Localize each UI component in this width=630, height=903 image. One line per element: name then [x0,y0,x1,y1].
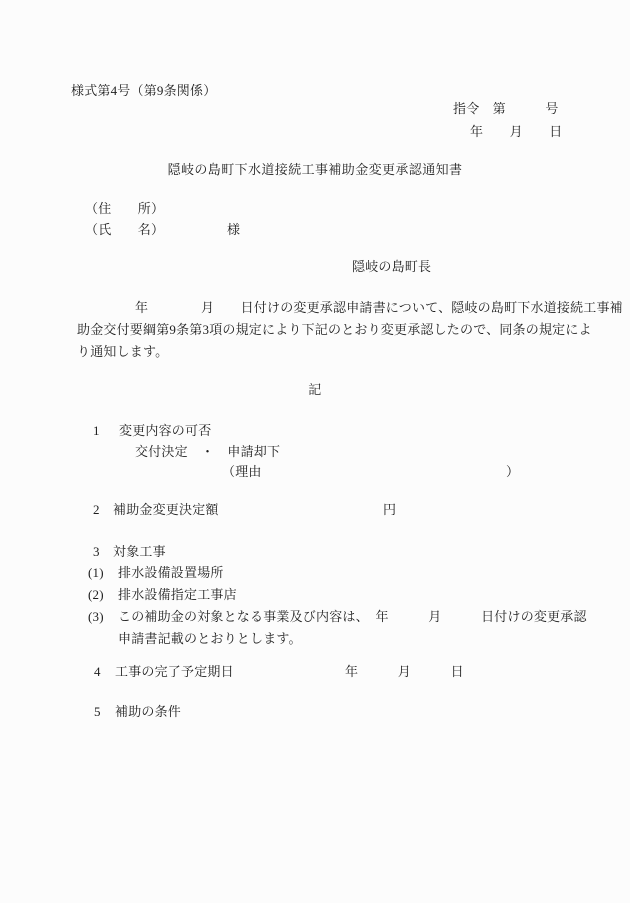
document-page: 様式第4号（第9条関係） 指令 第 号 年 月 日 隠岐の島町下水道接続工事補助… [0,0,630,903]
item-5-label: 補助の条件 [115,704,181,719]
item-3-3-number: (3) [88,609,104,624]
item-3-3-continuation: 申請書記載のとおりとします。 [118,631,302,646]
issuer-title: 隠岐の島町長 [352,259,431,274]
item-1-number: 1 [93,423,100,438]
item-3-2-label: 排水設備指定工事店 [118,587,237,602]
issue-date-line: 年 月 日 [470,124,562,139]
item-5-number: 5 [94,704,101,719]
item-1-choice: 交付決定 ・ 申請却下 [135,444,280,459]
record-marker: 記 [0,382,630,397]
item-2-label: 補助金変更決定額 [113,502,219,517]
item-2-number: 2 [93,502,100,517]
item-1-reason-close-paren: ） [506,464,519,479]
item-4-date-blank: 年 月 日 [345,664,464,679]
form-number: 様式第4号（第9条関係） [71,83,216,98]
addressee-address-label: （住 所） [85,201,164,216]
item-3-number: 3 [93,544,100,559]
item-3-1-number: (1) [88,565,104,580]
item-3-1-label: 排水設備設置場所 [118,565,224,580]
body-paragraph-line-3: り通知します。 [77,344,168,359]
directive-number-line: 指令 第 号 [453,101,559,116]
item-1-reason-open-paren: （理由 [222,464,262,479]
item-4-label: 工事の完了予定期日 [115,664,234,679]
addressee-name-label: （氏 名） [85,222,164,237]
body-paragraph-line-1: 年 月 日付けの変更承認申請書について、隠岐の島町下水道接続工事補 [135,300,623,315]
item-3-3-label: この補助金の対象となる事業及び内容は、 年 月 日付けの変更承認 [118,609,587,624]
item-4-number: 4 [94,664,101,679]
body-paragraph-line-2: 助金交付要綱第9条第3項の規定により下記のとおり変更承認したので、同条の規定によ [77,322,592,337]
item-1-label: 変更内容の可否 [119,423,211,438]
item-3-2-number: (2) [88,587,104,602]
item-2-unit: 円 [383,502,396,517]
document-title: 隠岐の島町下水道接続工事補助金変更承認通知書 [0,162,630,177]
honorific-label: 様 [227,222,240,237]
item-3-label: 対象工事 [113,544,166,559]
